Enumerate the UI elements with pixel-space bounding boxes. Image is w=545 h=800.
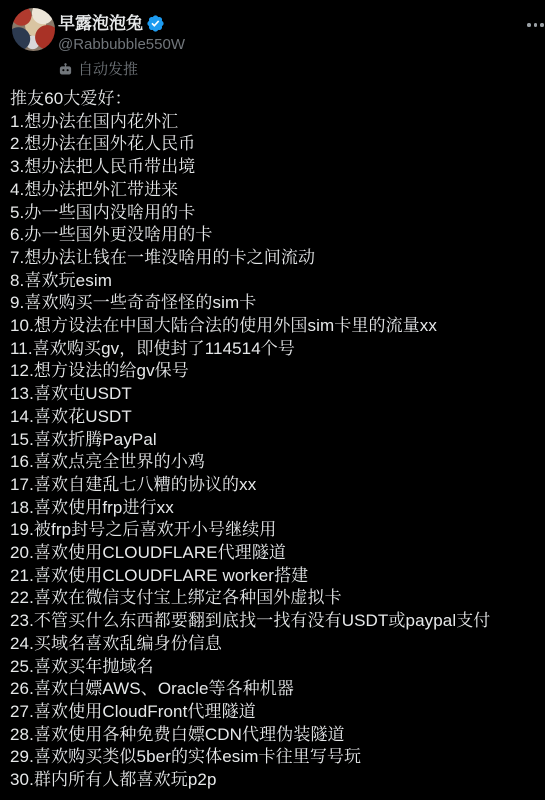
- more-dot: [534, 23, 538, 27]
- display-name[interactable]: 早露泡泡兔: [58, 13, 143, 34]
- name-row: 早露泡泡兔: [58, 13, 185, 34]
- tweet-line: 10.想方设法在中国大陆合法的使用外国sim卡里的流量xx: [10, 315, 540, 338]
- tweet-line: 4.想办法把外汇带进来: [10, 179, 540, 202]
- tweet-line: 9.喜欢购买一些奇奇怪怪的sim卡: [10, 292, 540, 315]
- robot-icon: [58, 62, 73, 77]
- tweet-line: 1.想办法在国内花外汇: [10, 111, 540, 134]
- tweet-line: 8.喜欢玩esim: [10, 270, 540, 293]
- tweet-line: 27.喜欢使用CloudFront代理隧道: [10, 701, 540, 724]
- tweet-line: 24.买域名喜欢乱编身份信息: [10, 633, 540, 656]
- automated-label-row: 自动发推: [58, 60, 185, 79]
- tweet-line: 30.群内所有人都喜欢玩p2p: [10, 769, 540, 792]
- tweet-line: 14.喜欢花USDT: [10, 406, 540, 429]
- user-avatar[interactable]: [12, 8, 55, 51]
- more-icon[interactable]: [527, 18, 545, 32]
- tweet-line: 20.喜欢使用CLOUDFLARE代理隧道: [10, 542, 540, 565]
- tweet-line: 28.喜欢使用各种免费白嫖CDN代理伪装隧道: [10, 724, 540, 747]
- tweet-line: 16.喜欢点亮全世界的小鸡: [10, 451, 540, 474]
- tweet-line: 13.喜欢屯USDT: [10, 383, 540, 406]
- tweet-line: 15.喜欢折腾PayPal: [10, 429, 540, 452]
- tweet-line: 21.喜欢使用CLOUDFLARE worker搭建: [10, 565, 540, 588]
- tweet-line: 19.被frp封号之后喜欢开小号继续用: [10, 519, 540, 542]
- tweet-detail: 早露泡泡兔 @Rabbubble550W 自动发推: [0, 0, 545, 800]
- automated-label: 自动发推: [78, 60, 138, 79]
- tweet-line: 23.不管买什么东西都要翻到底找一找有没有USDT或paypal支付: [10, 610, 540, 633]
- tweet-line: 26.喜欢白嫖AWS、Oracle等各种机器: [10, 678, 540, 701]
- tweet-line: 2.想办法在国外花人民币: [10, 133, 540, 156]
- tweet-line: 3.想办法把人民币带出境: [10, 156, 540, 179]
- tweet-line: 18.喜欢使用frp进行xx: [10, 497, 540, 520]
- tweet-line: 6.办一些国外更没啥用的卡: [10, 224, 540, 247]
- verified-badge-icon[interactable]: [146, 14, 165, 33]
- more-dot: [540, 23, 544, 27]
- user-block: 早露泡泡兔 @Rabbubble550W 自动发推: [58, 13, 185, 79]
- tweet-title-line: 推友60大爱好：: [10, 88, 540, 111]
- user-handle[interactable]: @Rabbubble550W: [58, 35, 185, 54]
- more-dot: [527, 23, 531, 27]
- tweet-line: 22.喜欢在微信支付宝上绑定各种国外虚拟卡: [10, 587, 540, 610]
- tweet-text: 推友60大爱好： 1.想办法在国内花外汇 2.想办法在国外花人民币 3.想办法把…: [10, 88, 540, 792]
- tweet-line: 11.喜欢购买gv，即使封了114514个号: [10, 338, 540, 361]
- tweet-line: 12.想方设法的给gv保号: [10, 360, 540, 383]
- tweet-line: 17.喜欢自建乱七八糟的协议的xx: [10, 474, 540, 497]
- tweet-line: 29.喜欢购买类似5ber的实体esim卡往里写号玩: [10, 746, 540, 769]
- tweet-line: 5.办一些国内没啥用的卡: [10, 202, 540, 225]
- tweet-line: 7.想办法让钱在一堆没啥用的卡之间流动: [10, 247, 540, 270]
- tweet-line: 25.喜欢买年抛域名: [10, 656, 540, 679]
- tweet-header: 早露泡泡兔 @Rabbubble550W 自动发推: [0, 0, 545, 78]
